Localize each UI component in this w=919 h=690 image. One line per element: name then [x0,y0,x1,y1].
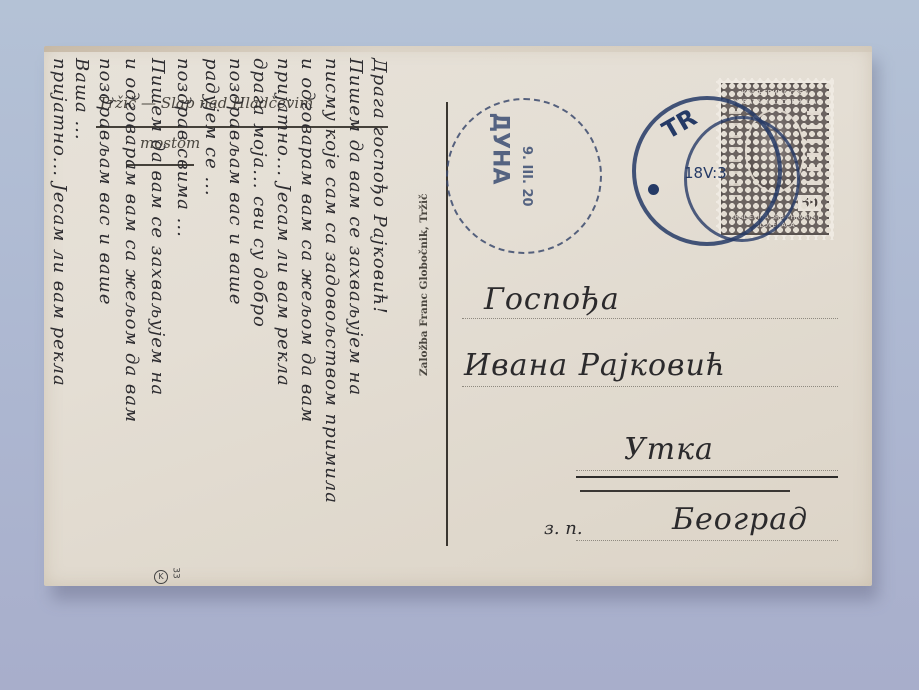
message-column: драга моја... сви су добро [249,58,270,328]
message-column: поздрављам вас и ваше [95,58,116,305]
publisher-number: 33 [171,567,181,578]
message-column: поздрав свима ... [173,58,194,238]
message-column: пријатно... Јесам ли вам рекла [49,58,70,387]
address-city: Београд [672,502,808,537]
postcard: Tržič — Slap nad Hladčevim mostom Драга … [44,46,872,586]
message-column: Пишем да вам се захваљујем на [147,58,168,396]
address-line-2 [462,386,838,387]
address-line-4 [576,540,838,541]
message-column: радујем се ... [201,58,222,197]
address-street: Утка [624,432,714,467]
address-line-1 [462,318,838,319]
street-underline-2 [580,490,790,492]
message-column: Ваша ... [71,58,92,141]
postmark-dot [648,184,659,195]
origin-postmark-date: 18V:3 [684,164,727,182]
address-city-prefix: з. п. [544,518,583,539]
publisher-mark: K [154,570,168,584]
message-column: пријатно... Јесам ли вам рекла [273,58,294,387]
message-column: писму које сам са задовољством примила [321,58,342,504]
street-underline [576,476,838,478]
address-line-3 [576,470,838,471]
stamp-value: 50 [798,195,821,211]
address-salutation: Госпођа [484,282,620,317]
receiving-postmark-text: ДУНА [488,113,513,185]
publisher-imprint: Založba Franc Globočnik, Tržič [418,194,430,376]
message-column: Пишем да вам се захваљујем на [345,58,366,396]
stamp-ornament-right [807,111,821,197]
message-column: и одговарам вам са жељом да вам [121,58,142,423]
receiving-postmark-date: 9. III. 20 [519,146,534,207]
address-name: Ивана Рајковић [464,348,726,383]
message-column: Драга госпођо Рајковић! [369,58,390,315]
message-column: поздрављам вас и ваше [225,58,246,305]
message-column: и одговарам вам са жељом да вам [297,58,318,423]
